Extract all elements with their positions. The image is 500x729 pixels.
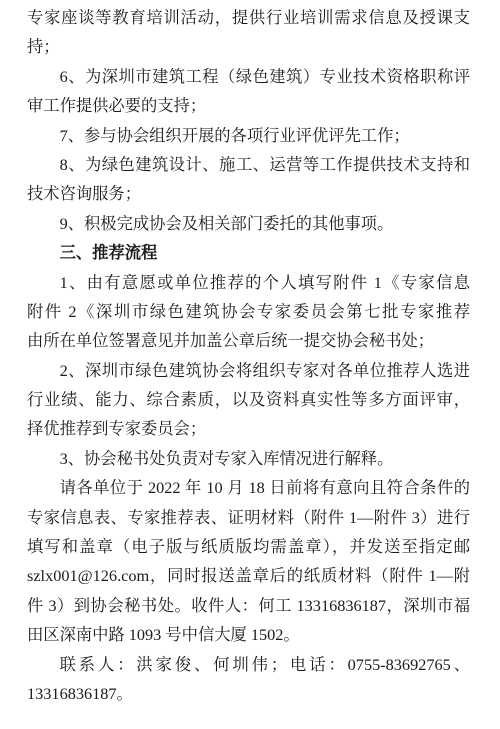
text-line-2: 持； bbox=[27, 32, 470, 61]
text-line-15: 择优推荐到专家委员会； bbox=[27, 414, 470, 443]
text-line-12: 由所在单位签署意见并加盖公章后统一提交协会秘书处； bbox=[27, 326, 470, 355]
text-line-10-step-1: 1、由有意愿或单位推荐的个人填写附件 1《专家信息表》、 bbox=[27, 268, 470, 297]
text-line-23-contacts: 联系人：洪家俊、何圳伟；电话：0755-83692765、 bbox=[27, 650, 470, 679]
text-line-1: 专家座谈等教育培训活动，提供行业培训需求信息及授课支 bbox=[27, 3, 470, 32]
text-line-3-item-6: 6、为深圳市建筑工程（绿色建筑）专业技术资格职称评 bbox=[27, 62, 470, 91]
text-line-20-email: szlx001@126.com，同时报送盖章后的纸质材料（附件 1—附 bbox=[27, 561, 470, 590]
text-line-21-recipient: 件 3）到协会秘书处。收件人：何工 13316836187，深圳市福 bbox=[27, 591, 470, 620]
text-line-18: 专家信息表、专家推荐表、证明材料（附件 1—附件 3）进行 bbox=[27, 503, 470, 532]
text-line-4: 审工作提供必要的支持； bbox=[27, 91, 470, 120]
text-line-19: 填写和盖章（电子版与纸质版均需盖章），并发送至指定邮箱： bbox=[27, 532, 470, 561]
text-line-11: 附件 2《深圳市绿色建筑协会专家委员会第七批专家推荐表》， bbox=[27, 297, 470, 326]
text-line-14: 行业绩、能力、综合素质，以及资料真实性等多方面评审， bbox=[27, 385, 470, 414]
section-heading-recommendation-process: 三、推荐流程 bbox=[27, 238, 470, 267]
text-line-7: 技术咨询服务； bbox=[27, 179, 470, 208]
text-line-16-step-3: 3、协会秘书处负责对专家入库情况进行解释。 bbox=[27, 444, 470, 473]
text-line-6-item-8: 8、为绿色建筑设计、施工、运营等工作提供技术支持和 bbox=[27, 150, 470, 179]
text-line-24-phone: 13316836187。 bbox=[27, 679, 470, 708]
text-line-22-address: 田区深南中路 1093 号中信大厦 1502。 bbox=[27, 620, 470, 649]
text-line-13-step-2: 2、深圳市绿色建筑协会将组织专家对各单位推荐人选进 bbox=[27, 356, 470, 385]
text-line-5-item-7: 7、参与协会组织开展的各项行业评优评先工作； bbox=[27, 121, 470, 150]
text-line-8-item-9: 9、积极完成协会及相关部门委托的其他事项。 bbox=[27, 209, 470, 238]
document-page: 专家座谈等教育培训活动，提供行业培训需求信息及授课支 持； 6、为深圳市建筑工程… bbox=[0, 0, 500, 729]
text-line-17-deadline: 请各单位于 2022 年 10 月 18 日前将有意向且符合条件的 bbox=[27, 473, 470, 502]
